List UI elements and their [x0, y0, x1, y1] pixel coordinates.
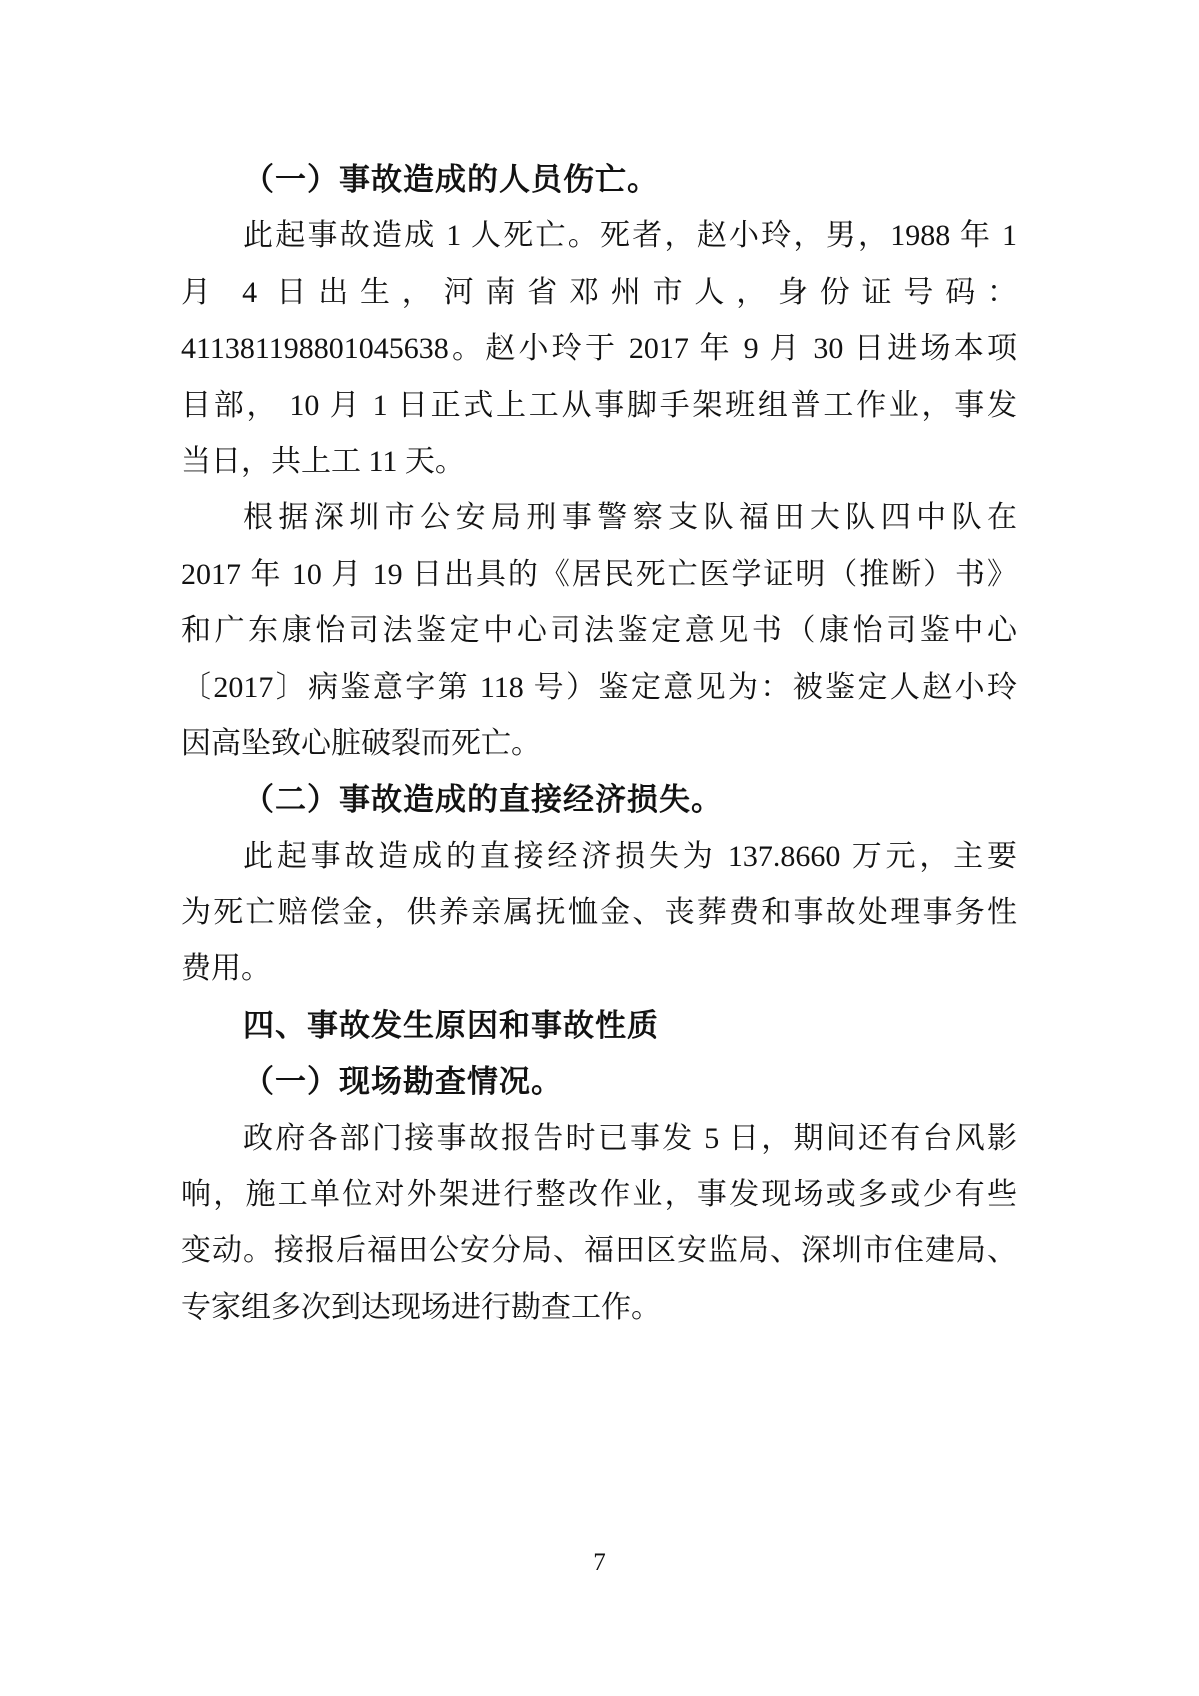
text-line: 根据深圳市公安局刑事警察支队福田大队四中队在: [181, 490, 1017, 546]
text-line: 为死亡赔偿金，供养亲属抚恤金、丧葬费和事故处理事务性: [181, 885, 1017, 941]
document-body: （一）事故造成的人员伤亡。此起事故造成 1 人死亡。死者，赵小玲，男，1988 …: [181, 152, 1017, 1336]
text-line: 专家组多次到达现场进行勘查工作。: [181, 1280, 1017, 1336]
text-line: 和广东康怡司法鉴定中心司法鉴定意见书（康怡司鉴中心: [181, 603, 1017, 659]
text-line: 2017 年 10 月 19 日出具的《居民死亡医学证明（推断）书》: [181, 547, 1017, 603]
text-line: 变动。接报后福田公安分局、福田区安监局、深圳市住建局、: [181, 1223, 1017, 1279]
section-heading: （一）现场勘查情况。: [181, 1054, 1017, 1110]
section-heading: 四、事故发生原因和事故性质: [181, 998, 1017, 1054]
text-line: 此起事故造成 1 人死亡。死者，赵小玲，男，1988 年 1: [181, 208, 1017, 264]
text-line: 此起事故造成的直接经济损失为 137.8660 万元，主要: [181, 829, 1017, 885]
text-line: 411381198801045638。赵小玲于 2017 年 9 月 30 日进…: [181, 321, 1017, 377]
document-page: （一）事故造成的人员伤亡。此起事故造成 1 人死亡。死者，赵小玲，男，1988 …: [0, 0, 1199, 1696]
section-heading: （二）事故造成的直接经济损失。: [181, 772, 1017, 828]
text-line: 响，施工单位对外架进行整改作业，事发现场或多或少有些: [181, 1167, 1017, 1223]
text-line: 〔2017〕病鉴意字第 118 号）鉴定意见为：被鉴定人赵小玲: [181, 660, 1017, 716]
text-line: 因高坠致心脏破裂而死亡。: [181, 716, 1017, 772]
text-line: 月 4 日出生，河南省邓州市人，身份证号码：: [181, 265, 1017, 321]
page-number: 7: [0, 1545, 1199, 1581]
text-line: 政府各部门接事故报告时已事发 5 日，期间还有台风影: [181, 1111, 1017, 1167]
text-line: 当日，共上工 11 天。: [181, 434, 1017, 490]
text-line: 费用。: [181, 941, 1017, 997]
section-heading: （一）事故造成的人员伤亡。: [181, 152, 1017, 208]
text-line: 目部， 10 月 1 日正式上工从事脚手架班组普工作业，事发: [181, 378, 1017, 434]
